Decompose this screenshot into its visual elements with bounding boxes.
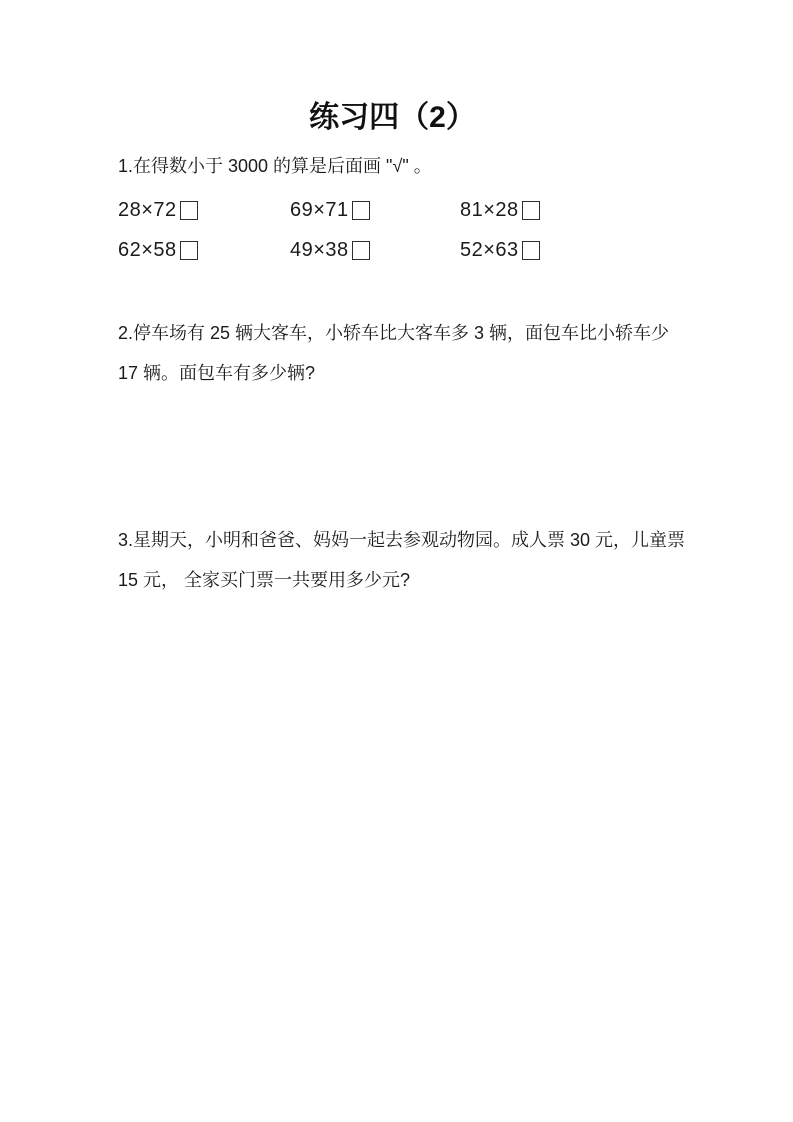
answer-checkbox[interactable]: [522, 201, 540, 220]
expression-text: 62×58: [118, 239, 177, 261]
expression-text: 52×63: [460, 239, 519, 261]
expression-row-1: 28×7269×7181×28: [118, 191, 713, 231]
question-1-expression-grid: 28×7269×7181×28 62×5849×3852×63: [118, 191, 713, 271]
answer-checkbox[interactable]: [352, 201, 370, 220]
expression-item: 81×28: [460, 191, 540, 229]
answer-checkbox[interactable]: [180, 241, 198, 260]
expression-item: 69×71: [290, 191, 460, 229]
expression-text: 69×71: [290, 199, 349, 221]
question-3-text: 3.星期天，小明和爸爸、妈妈一起去参观动物园。成人票 30 元，儿童票 15 元…: [118, 520, 685, 600]
worksheet-page: 练习四（2） 1.在得数小于 3000 的算是后面画 "√" 。 28×7269…: [0, 0, 793, 1122]
expression-item: 49×38: [290, 231, 460, 269]
question-3-line-1: 3.星期天，小明和爸爸、妈妈一起去参观动物园。成人票 30 元，儿童票: [118, 520, 685, 560]
question-2-line-2: 17 辆。面包车有多少辆?: [118, 353, 669, 393]
expression-item: 62×58: [118, 231, 290, 269]
expression-text: 49×38: [290, 239, 349, 261]
question-3-line-2: 15 元， 全家买门票一共要用多少元?: [118, 560, 685, 600]
expression-item: 52×63: [460, 231, 540, 269]
page-title: 练习四（2）: [0, 96, 785, 140]
answer-checkbox[interactable]: [352, 241, 370, 260]
answer-checkbox[interactable]: [522, 241, 540, 260]
question-1-prompt: 1.在得数小于 3000 的算是后面画 "√" 。: [118, 146, 432, 186]
question-2-line-1: 2.停车场有 25 辆大客车，小轿车比大客车多 3 辆，面包车比小轿车少: [118, 313, 669, 353]
expression-text: 81×28: [460, 199, 519, 221]
expression-item: 28×72: [118, 191, 290, 229]
expression-row-2: 62×5849×3852×63: [118, 231, 713, 271]
answer-checkbox[interactable]: [180, 201, 198, 220]
expression-text: 28×72: [118, 199, 177, 221]
question-2-text: 2.停车场有 25 辆大客车，小轿车比大客车多 3 辆，面包车比小轿车少 17 …: [118, 313, 669, 393]
